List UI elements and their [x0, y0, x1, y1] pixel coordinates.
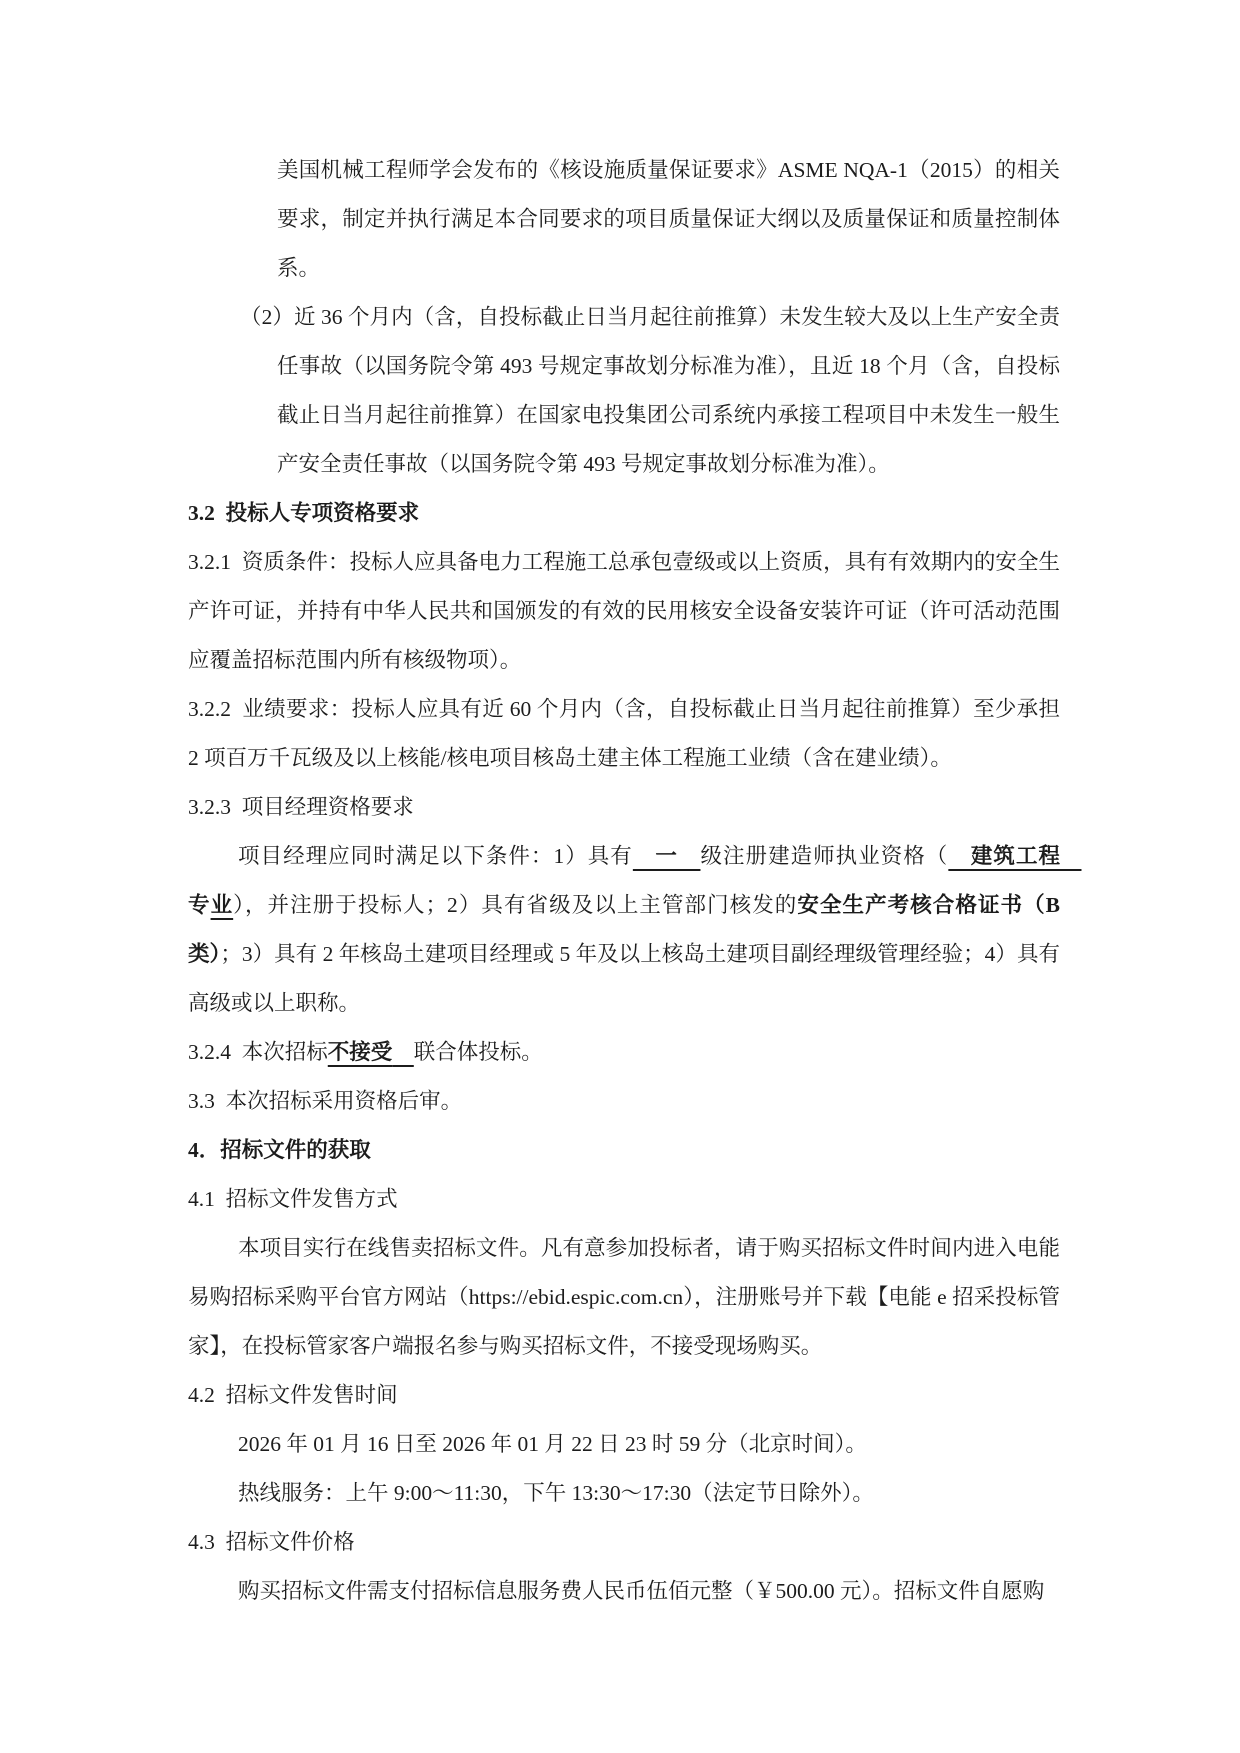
- para-3-2-2: 3.2.2 业绩要求：投标人应具有近 60 个月内（含，自投标截止日当月起往前推…: [188, 685, 1060, 783]
- para-4-2-time: 2026 年 01 月 16 日至 2026 年 01 月 22 日 23 时 …: [188, 1420, 1060, 1469]
- text-run: 4.1 招标文件发售方式: [188, 1187, 398, 1211]
- para-4-1-body: 本项目实行在线售卖招标文件。凡有意参加投标者，请于购买招标文件时间内进入电能易购…: [188, 1224, 1060, 1371]
- para-4-3-body: 购买招标文件需支付招标信息服务费人民币伍佰元整（￥500.00 元）。招标文件自…: [188, 1567, 1060, 1616]
- text-run: 建筑工程: [948, 844, 1081, 868]
- text-run: 一: [633, 844, 701, 868]
- para-4-1-heading: 4.1 招标文件发售方式: [188, 1175, 1060, 1224]
- text-run: 购买招标文件需支付招标信息服务费人民币伍佰元整（￥500.00 元）。招标文件自…: [238, 1579, 1044, 1603]
- para-4-3-heading: 4.3 招标文件价格: [188, 1518, 1060, 1567]
- section-3-2-heading: 3.2 投标人专项资格要求: [188, 489, 1060, 538]
- para-4-2-heading: 4.2 招标文件发售时间: [188, 1371, 1060, 1420]
- text-run: 3.2.4 本次招标: [188, 1040, 328, 1064]
- section-4-heading: 4．招标文件的获取: [188, 1126, 1060, 1175]
- text-run: 4.3 招标文件价格: [188, 1530, 355, 1554]
- para-3-2-3-body: 项目经理应同时满足以下条件：1）具有 一 级注册建造师执业资格（ 建筑工程 专业…: [188, 832, 1060, 1028]
- text-run: 4．招标文件的获取: [188, 1138, 371, 1162]
- text-run: （2）近 36 个月内（含，自投标截止日当月起往前推算）未发生较大及以上生产安全…: [240, 305, 1060, 476]
- para-3-2-1: 3.2.1 资质条件：投标人应具备电力工程施工总承包壹级或以上资质，具有有效期内…: [188, 538, 1060, 685]
- text-run: 美国机械工程师学会发布的《核设施质量保证要求》ASME NQA-1（2015）的…: [277, 158, 1060, 280]
- text-run: 专: [188, 893, 211, 917]
- para-item1-continuation: 美国机械工程师学会发布的《核设施质量保证要求》ASME NQA-1（2015）的…: [277, 146, 1060, 293]
- text-run: [392, 1040, 414, 1064]
- text-run: 3.2.2 业绩要求：投标人应具有近 60 个月内（含，自投标截止日当月起往前推…: [188, 697, 1065, 770]
- text-run: 3.2.3 项目经理资格要求: [188, 795, 414, 819]
- text-run: 2026 年 01 月 16 日至 2026 年 01 月 22 日 23 时 …: [238, 1432, 867, 1456]
- para-3-2-4: 3.2.4 本次招标不接受 联合体投标。: [188, 1028, 1060, 1077]
- text-run: 3.3 本次招标采用资格后审。: [188, 1089, 462, 1113]
- para-4-2-hotline: 热线服务：上午 9:00～11:30，下午 13:30～17:30（法定节日除外…: [188, 1469, 1060, 1518]
- url-text: https://ebid.espic.com.cn: [469, 1285, 683, 1309]
- para-item2: （2）近 36 个月内（含，自投标截止日当月起往前推算）未发生较大及以上生产安全…: [240, 293, 1060, 489]
- text-run: 项目经理应同时满足以下条件：1）具有: [238, 844, 633, 868]
- text-run: 热线服务：上午 9:00～11:30，下午 13:30～17:30（法定节日除外…: [238, 1481, 874, 1505]
- text-run: 联合体投标。: [414, 1040, 543, 1064]
- text-run: 3.2.1 资质条件：投标人应具备电力工程施工总承包壹级或以上资质，具有有效期内…: [188, 550, 1060, 672]
- text-run: 3.2 投标人专项资格要求: [188, 501, 419, 525]
- text-run: 4.2 招标文件发售时间: [188, 1383, 398, 1407]
- text-run: 不接受: [328, 1040, 393, 1064]
- document-content: 美国机械工程师学会发布的《核设施质量保证要求》ASME NQA-1（2015）的…: [188, 146, 1060, 1616]
- para-3-3: 3.3 本次招标采用资格后审。: [188, 1077, 1060, 1126]
- document-page: 美国机械工程师学会发布的《核设施质量保证要求》ASME NQA-1（2015）的…: [0, 0, 1240, 1753]
- text-run: ），并注册于投标人；2）具有省级及以上主管部门核发的: [233, 893, 797, 917]
- text-run: 业: [211, 893, 234, 917]
- text-run: 级注册建造师执业资格（: [700, 844, 948, 868]
- para-3-2-3-heading: 3.2.3 项目经理资格要求: [188, 783, 1060, 832]
- text-run: ；3）具有 2 年核岛土建项目经理或 5 年及以上核岛土建项目副经理级管理经验；…: [188, 942, 1060, 1015]
